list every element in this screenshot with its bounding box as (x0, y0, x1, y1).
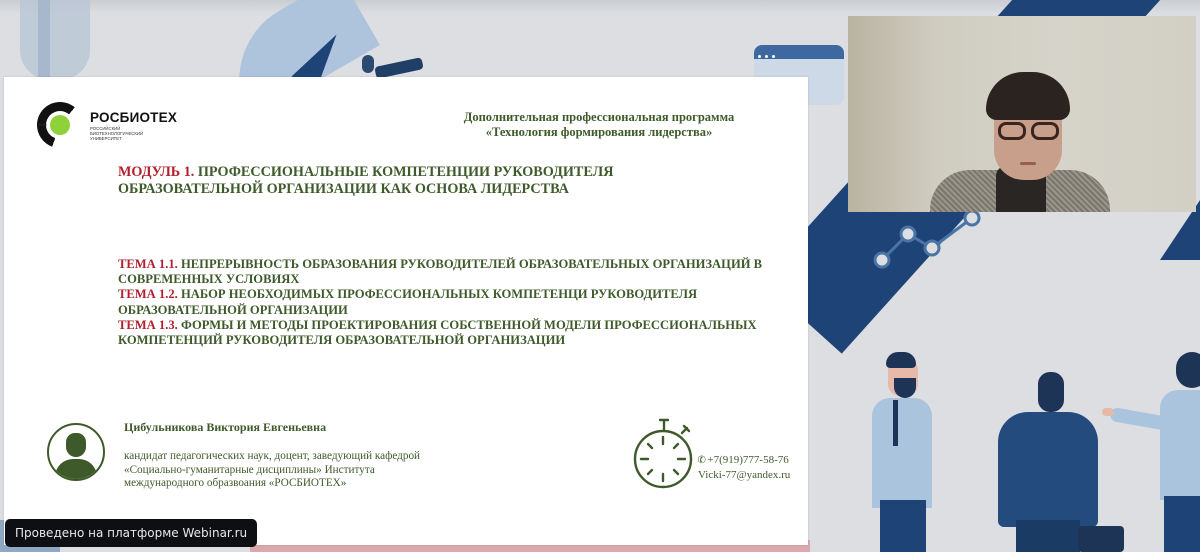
logo-year: 1930 (38, 122, 47, 127)
topic-item: ТЕМА 1.2. НАБОР НЕОБХОДИМЫХ ПРОФЕССИОНАЛ… (118, 287, 778, 317)
platform-badge[interactable]: Проведено на платформе Webinar.ru (5, 519, 257, 547)
topic-item: ТЕМА 1.1. НЕПРЕРЫВНОСТЬ ОБРАЗОВАНИЯ РУКО… (118, 257, 778, 287)
contact-phone: +7(919)777-58-76 (707, 454, 788, 466)
topic-label: ТЕМА 1.1. (118, 257, 178, 271)
gear-illustration-detail (38, 0, 50, 80)
module-heading: МОДУЛЬ 1. ПРОФЕССИОНАЛЬНЫЕ КОМПЕТЕНЦИИ Р… (118, 164, 718, 198)
speaker-mouth (1020, 162, 1036, 165)
program-title-line2: «Технология формирования лидерства» (434, 125, 764, 140)
topic-label: ТЕМА 1.2. (118, 287, 178, 301)
glasses-icon (1031, 122, 1059, 140)
topic-label: ТЕМА 1.3. (118, 318, 178, 332)
author-name: Цибульникова Виктория Евгеньевна (124, 420, 326, 435)
contact-email: Vicki-77@yandex.ru (698, 468, 790, 482)
topic-item: ТЕМА 1.3. ФОРМЫ И МЕТОДЫ ПРОЕКТИРОВАНИЯ … (118, 318, 778, 348)
stopwatch-icon (630, 417, 696, 489)
topic-title: НАБОР НЕОБХОДИМЫХ ПРОФЕССИОНАЛЬНЫХ КОМПЕ… (118, 287, 697, 316)
speaker-hair (986, 72, 1070, 120)
presentation-slide: 1930 РОСБИОТЕХ Российский биотехнологиче… (4, 77, 808, 545)
logo-subtitle: Российский биотехнологический университе… (90, 126, 160, 141)
program-title: Дополнительная профессиональная программ… (434, 110, 764, 140)
program-title-line1: Дополнительная профессиональная программ… (434, 110, 764, 125)
logo-green-dot-icon (50, 115, 70, 135)
line-chart-nodes-icon (872, 212, 982, 272)
telescope-illustration (374, 57, 423, 79)
contact-info: ✆+7(919)777-58-76 Vicki-77@yandex.ru (698, 453, 790, 482)
logo-brand-name: РОСБИОТЕХ (90, 110, 177, 125)
glasses-icon (998, 122, 1026, 140)
author-description: кандидат педагогических наук, доцент, за… (124, 450, 444, 491)
topics-list: ТЕМА 1.1. НЕПРЕРЫВНОСТЬ ОБРАЗОВАНИЯ РУКО… (118, 257, 778, 348)
topic-title: ФОРМЫ И МЕТОДЫ ПРОЕКТИРОВАНИЯ СОБСТВЕННО… (118, 318, 757, 347)
person-with-telescope-illustration (362, 55, 374, 73)
user-silhouette-icon (47, 423, 105, 481)
speaker-webcam-video[interactable] (848, 16, 1196, 212)
module-label: МОДУЛЬ 1. (118, 164, 194, 180)
university-logo: 1930 РОСБИОТЕХ Российский биотехнологиче… (37, 102, 197, 152)
gear-illustration (20, 0, 90, 80)
topic-title: НЕПРЕРЫВНОСТЬ ОБРАЗОВАНИЯ РУКОВОДИТЕЛЕЙ … (118, 257, 762, 286)
